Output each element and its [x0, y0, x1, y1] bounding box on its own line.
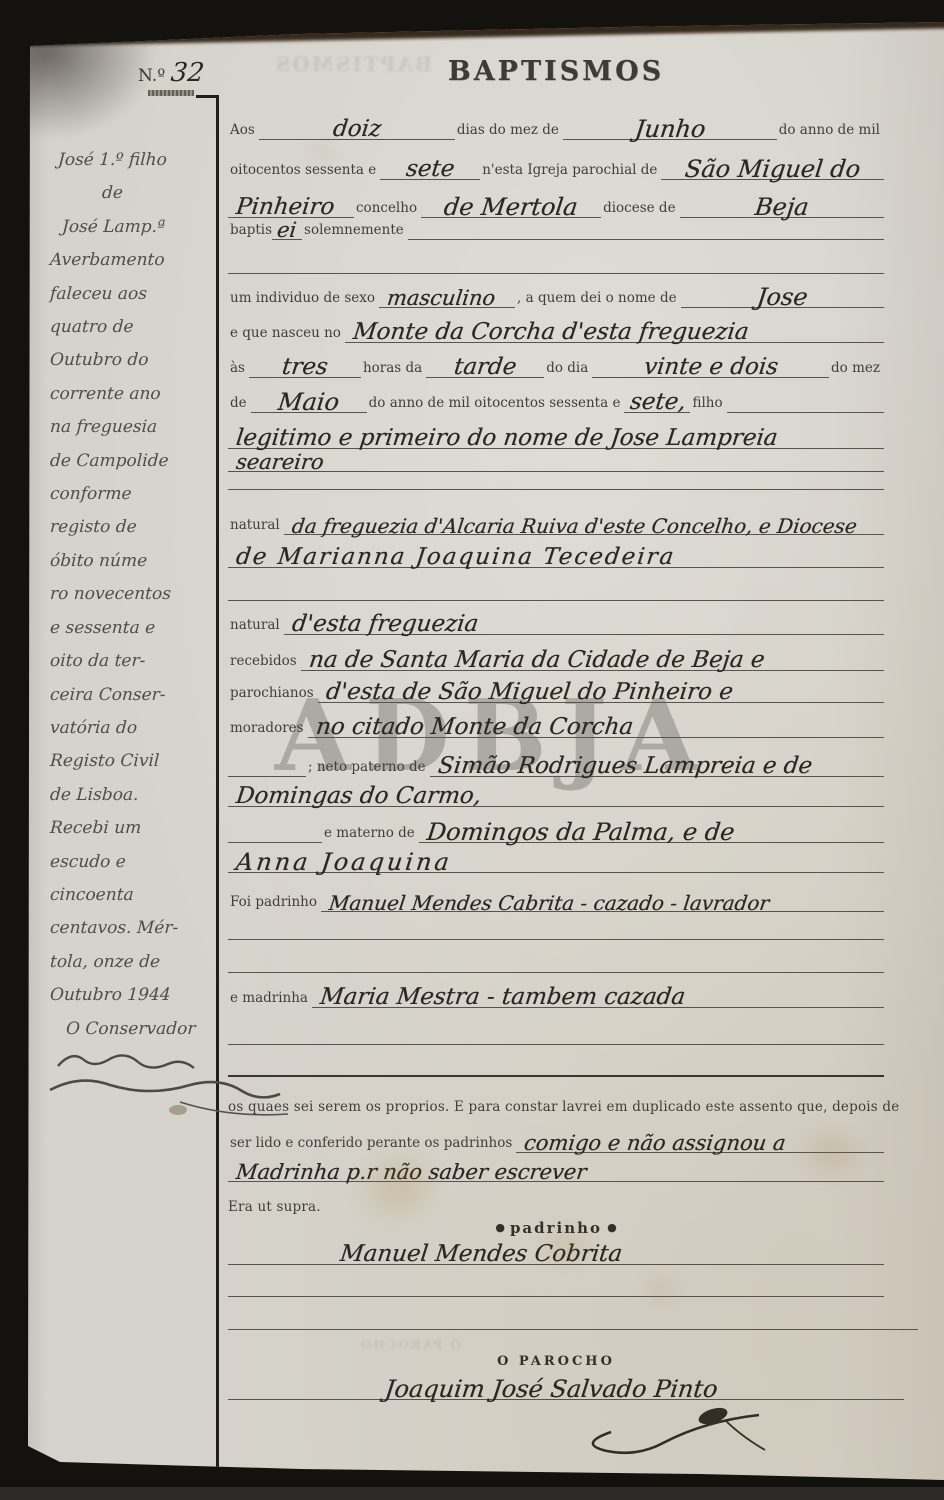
printed-label: às: [228, 362, 249, 379]
margin-line: escudo e: [43, 846, 217, 879]
form-field: [408, 239, 884, 240]
printed-text: Era ut supra.: [228, 1199, 321, 1215]
form-field: Madrinha p.r não saber escrever: [228, 1162, 884, 1182]
form-row-parochianos: parochianos d'esta de São Miguel do Pinh…: [228, 670, 884, 703]
margin-line: Averbamento: [43, 244, 217, 277]
form-field: Junho: [563, 117, 777, 140]
printed-label: de: [228, 397, 251, 414]
printed-label: n'esta Igreja parochial de: [480, 164, 661, 181]
handwritten-entry: Jose: [756, 285, 810, 309]
handwritten-entry: d'esta de São Miguel do Pinheiro e: [324, 681, 734, 704]
printed-label: parochianos: [228, 687, 318, 704]
form-row-blank: [228, 940, 884, 973]
priest-signature: Joaquim José Salvado Pinto: [383, 1377, 719, 1401]
stain: [352, 1148, 444, 1228]
form-field: [228, 600, 884, 601]
form-field: Maria Mestra - tambem cazada: [312, 986, 884, 1008]
form-field: masculino: [379, 288, 515, 308]
form-row-sex-name: um individuo de sexo masculino , a quem …: [228, 275, 884, 308]
form-row-godmother: e madrinha Maria Mestra - tambem cazada: [228, 975, 884, 1008]
handwritten-entry: d'esta freguezia: [290, 613, 479, 636]
form-row-blank: [228, 907, 884, 940]
printed-text: os quaes sei serem os proprios. E para c…: [228, 1099, 899, 1115]
printed-label: solemnemente: [302, 224, 408, 241]
margin-line: óbito núme: [43, 545, 217, 578]
era-ut-supra: Era ut supra.: [228, 1196, 898, 1215]
printed-label: dias do mez de: [455, 124, 563, 141]
form-field: ei: [272, 220, 302, 240]
form-field: [727, 412, 884, 413]
form-field: [228, 1329, 918, 1330]
handwritten-entry: sete: [405, 158, 456, 181]
handwritten-entry: Domingas do Carmo,: [235, 785, 483, 808]
form-row-godmother-illiterate: Madrinha p.r não saber escrever: [228, 1149, 884, 1182]
handwritten-entry: Maria Mestra - tambem cazada: [319, 986, 687, 1009]
printed-label: do dia: [544, 362, 592, 379]
form-field: d'esta de São Miguel do Pinheiro e: [318, 681, 884, 703]
form-row-moradores: moradores no citado Monte da Corcha: [228, 705, 884, 738]
form-row-recebidos: recebidos na de Santa Maria da Cidade de…: [228, 638, 884, 671]
form-field: na de Santa Maria da Cidade de Beja e: [301, 649, 884, 671]
handwritten-entry: sete,: [628, 391, 686, 414]
margin-line: José 1.º filho: [43, 144, 217, 177]
printed-label: , a quem dei o nome de: [515, 292, 681, 309]
margin-line: José Lamp.ª: [43, 211, 217, 244]
form-field: tres: [249, 356, 361, 378]
printed-label: um individuo de sexo: [228, 292, 379, 309]
margin-line: oito da ter-: [43, 645, 217, 678]
handwritten-entry: vinte e dois: [642, 356, 779, 379]
printed-label: do anno de mil: [777, 124, 884, 141]
form-field: São Miguel do: [661, 157, 884, 180]
form-row-blank: [228, 1297, 918, 1330]
printed-label: do anno de mil oitocentos sessenta e: [367, 397, 625, 414]
margin-line: Registo Civil: [43, 745, 217, 778]
form-field: da freguezia d'Alcaria Ruiva d'este Conc…: [284, 516, 884, 535]
closing-paragraph: os quaes sei serem os proprios. E para c…: [228, 1096, 898, 1115]
form-row-blank: [228, 1012, 884, 1045]
form-field: vinte e dois: [592, 356, 829, 378]
form-row-blank: [228, 568, 884, 601]
form-field: tarde: [426, 356, 544, 378]
form-field: Monte da Corcha d'esta freguezia: [345, 321, 884, 343]
form-field: Jose: [681, 285, 884, 308]
printed-label: filho: [690, 397, 726, 414]
form-row-blank: [228, 467, 884, 490]
printed-label: e madrinha: [228, 992, 312, 1009]
form-row-birth-month: de Maio do anno de mil oitocentos sessen…: [228, 380, 884, 413]
handwritten-entry: Anna Joaquina: [235, 850, 454, 874]
form-row-father-origin: natural da freguezia d'Alcaria Ruiva d'e…: [228, 502, 884, 535]
form-field: Anna Joaquina: [228, 850, 884, 873]
form-row-blank: [228, 241, 884, 274]
printed-label: e que nasceu no: [228, 327, 345, 344]
form-row-paternal-grandparents: ; neto paterno de Simão Rodrigues Lampre…: [228, 744, 884, 777]
printed-label: horas da: [361, 362, 426, 379]
form-field: [228, 1075, 884, 1077]
handwritten-entry: Maio: [277, 390, 341, 414]
printed-label: baptis: [228, 224, 272, 241]
handwritten-entry: tarde: [453, 356, 518, 379]
form-row-mother-origin: natural d'esta freguezia: [228, 602, 884, 635]
handwritten-entry: de Marianna Joaquina Tecedeira: [235, 546, 677, 569]
signature-line: Joaquim José Salvado Pinto: [228, 1377, 904, 1400]
handwritten-entry: ei: [276, 220, 298, 241]
printed-label: natural: [228, 519, 284, 536]
form-field: doiz: [259, 118, 455, 140]
handwritten-entry: doiz: [331, 118, 382, 141]
stain: [795, 1122, 867, 1184]
margin-annotation: José 1.º filho de José Lamp.ª Averbament…: [44, 144, 216, 1046]
form-row-maternal-grandmother: Anna Joaquina: [228, 840, 884, 873]
book-edge-strip: [0, 1487, 944, 1500]
printed-label: moradores: [228, 722, 308, 739]
form-field: sete,: [624, 391, 690, 413]
margin-line: Recebi um: [43, 812, 217, 845]
form-row-mother-name: de Marianna Joaquina Tecedeira: [228, 535, 884, 568]
margin-line: tola, onze de: [43, 946, 217, 979]
form-row-paternal-grandmother: Domingas do Carmo,: [228, 774, 884, 807]
priest-signature-row: Joaquim José Salvado Pinto: [228, 1367, 904, 1400]
margin-line: ceira Conser-: [43, 679, 217, 712]
stain: [300, 138, 344, 168]
margin-line: na freguesia: [43, 411, 217, 444]
margin-line: conforme: [43, 478, 217, 511]
printed-label: oitocentos sessenta e: [228, 164, 380, 181]
handwritten-entry: Junho: [633, 117, 706, 141]
margin-line: cincoenta: [43, 879, 217, 912]
printed-label: natural: [228, 619, 284, 636]
margin-line: de: [43, 177, 217, 210]
form-field: sete: [380, 158, 480, 180]
handwritten-entry: São Miguel do: [684, 157, 862, 181]
form-field: [228, 972, 884, 973]
register-page: BAPTISMOS N.º32 BAPTISMOS ADBJA José 1.º…: [0, 0, 944, 1500]
margin-line: quatro de: [43, 311, 217, 344]
margin-line: ro novecentos: [43, 578, 217, 611]
margin-line: faleceu aos: [43, 278, 217, 311]
margin-line: registo de: [43, 511, 217, 544]
form-field: [228, 489, 884, 490]
form-row-birth-time: às tres horas da tarde do dia vinte e do…: [228, 345, 884, 378]
photo-background: BAPTISMOS N.º32 BAPTISMOS ADBJA José 1.º…: [0, 0, 944, 1500]
margin-line: e sessenta e: [43, 612, 217, 645]
handwritten-entry: da freguezia d'Alcaria Ruiva d'este Conc…: [290, 516, 857, 536]
record-number-value: 32: [170, 58, 206, 88]
margin-line: Outubro 1944: [43, 979, 217, 1012]
handwritten-entry: no citado Monte da Corcha: [314, 716, 634, 739]
page-title: BAPTISMOS: [228, 56, 884, 87]
priest-signature-flourish: [555, 1406, 795, 1461]
stain: [535, 1222, 593, 1270]
printed-label: do mez: [829, 362, 884, 379]
handwritten-entry: tres: [281, 356, 329, 379]
handwritten-entry: masculino: [386, 288, 497, 309]
stain: [640, 1272, 682, 1308]
margin-line: Outubro do: [43, 344, 217, 377]
form-field: Maio: [251, 390, 367, 413]
form-field: no citado Monte da Corcha: [308, 716, 884, 738]
margin-line: vatória do: [43, 712, 217, 745]
form-row-date: Aos doiz dias do mez de Junho do anno de…: [228, 107, 884, 140]
form-row-blank: [228, 1044, 884, 1077]
form-field: Domingas do Carmo,: [228, 785, 884, 807]
margin-line: de Lisboa.: [43, 779, 217, 812]
margin-line: de Campolide: [43, 445, 217, 478]
printed-label: recebidos: [228, 655, 301, 672]
form-field: [228, 273, 884, 274]
margin-divider-bracket: [196, 95, 219, 98]
margin-line: corrente ano: [43, 378, 217, 411]
form-row-baptised: baptis ei solemnemente: [228, 207, 884, 240]
handwritten-entry: na de Santa Maria da Cidade de Beja e: [307, 649, 765, 672]
form-field: d'esta freguezia: [284, 613, 884, 635]
page-corner-shadow: [18, 30, 158, 140]
margin-line: centavos. Mér-: [43, 912, 217, 945]
form-row-birthplace: e que nasceu no Monte da Corcha d'esta f…: [228, 310, 884, 343]
printed-label: Aos: [228, 124, 259, 141]
form-row-maternal-grandparents: e materno de Domingos da Palma, e de: [228, 810, 884, 843]
form-field: de Marianna Joaquina Tecedeira: [228, 546, 884, 568]
handwritten-entry: Monte da Corcha d'esta freguezia: [352, 321, 750, 344]
